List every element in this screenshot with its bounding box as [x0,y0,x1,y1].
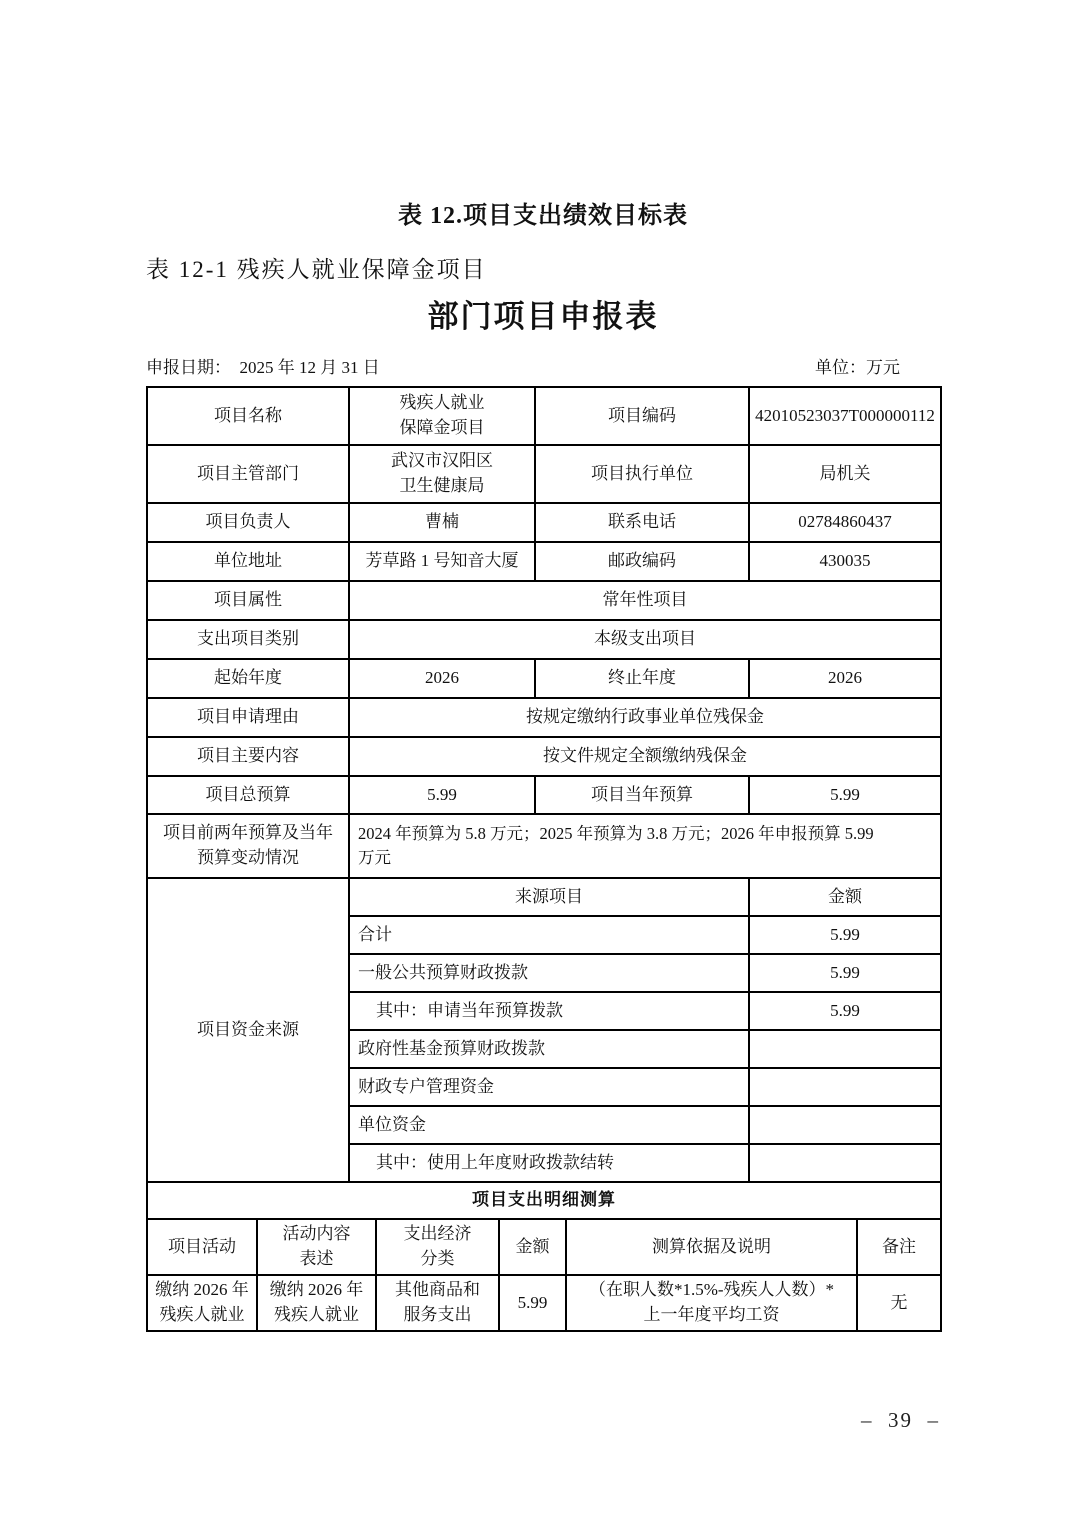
funding-row-label: 项目资金来源 [147,878,349,1182]
funding-header-row: 项目资金来源 来源项目 金额 [147,878,941,916]
table-row-budget-history: 项目前两年预算及当年 预算变动情况 2024 年预算为 5.8 万元；2025 … [147,814,941,878]
detail-cell-description: 缴纳 2026 年 残疾人就业 [257,1275,376,1331]
cell-label: 起始年度 [147,659,349,698]
detail-header-activity: 项目活动 [147,1219,257,1275]
cell-label: 项目前两年预算及当年 预算变动情况 [147,814,349,878]
detail-header-description: 活动内容 表述 [257,1219,376,1275]
cell-value-span: 按文件规定全额缴纳残保金 [349,737,941,776]
funding-amount: 5.99 [749,992,941,1030]
cell-label: 单位地址 [147,542,349,581]
cell-label: 联系电话 [535,503,749,542]
table-row-leader: 项目负责人 曹楠 联系电话 02784860437 [147,503,941,542]
cell-label: 项目总预算 [147,776,349,814]
detail-header-amount: 金额 [499,1219,566,1275]
cell-label: 终止年度 [535,659,749,698]
table-number-title: 表 12.项目支出绩效目标表 [146,0,940,231]
funding-source-name: 一般公共预算财政拨款 [349,954,749,992]
cell-label: 项目当年预算 [535,776,749,814]
table-row-reason: 项目申请理由 按规定缴纳行政事业单位残保金 [147,698,941,737]
cell-label: 项目名称 [147,387,349,445]
cell-label: 支出项目类别 [147,620,349,659]
funding-amount [749,1030,941,1068]
detail-header-basis: 测算依据及说明 [566,1219,857,1275]
table-row-address: 单位地址 芳草路 1 号知音大厦 邮政编码 430035 [147,542,941,581]
funding-col-amount-header: 金额 [749,878,941,916]
cell-value-span: 2024 年预算为 5.8 万元；2025 年预算为 3.8 万元；2026 年… [349,814,941,878]
cell-value-span: 本级支出项目 [349,620,941,659]
detail-header-economic-class: 支出经济 分类 [376,1219,499,1275]
cell-value: 2026 [349,659,535,698]
cell-label: 项目主要内容 [147,737,349,776]
funding-source-name: 其中：使用上年度财政拨款结转 [349,1144,749,1182]
detail-cell-economic-class: 其他商品和 服务支出 [376,1275,499,1331]
funding-amount [749,1068,941,1106]
cell-value: 430035 [749,542,941,581]
cell-value: 残疾人就业 保障金项目 [349,387,535,445]
detail-cell-remark: 无 [857,1275,941,1331]
funding-source-table: 项目资金来源 来源项目 金额 合计 5.99 一般公共预算财政拨款 5.99 其… [146,877,942,1183]
cell-value-span: 按规定缴纳行政事业单位残保金 [349,698,941,737]
expenditure-detail-table: 项目支出明细测算 项目活动 活动内容 表述 支出经济 分类 金额 测算依据及说明… [146,1181,942,1332]
cell-value: 02784860437 [749,503,941,542]
funding-source-name: 政府性基金预算财政拨款 [349,1030,749,1068]
table-row-category: 支出项目类别 本级支出项目 [147,620,941,659]
detail-header-remark: 备注 [857,1219,941,1275]
detail-header-row: 项目活动 活动内容 表述 支出经济 分类 金额 测算依据及说明 备注 [147,1219,941,1275]
funding-amount [749,1144,941,1182]
funding-col-source-header: 来源项目 [349,878,749,916]
detail-cell-amount: 5.99 [499,1275,566,1331]
cell-value-span: 常年性项目 [349,581,941,620]
table-row-main-content: 项目主要内容 按文件规定全额缴纳残保金 [147,737,941,776]
unit-label: 单位：万元 [815,358,940,378]
table-row-project-name: 项目名称 残疾人就业 保障金项目 项目编码 42010523037T000000… [147,387,941,445]
funding-amount: 5.99 [749,954,941,992]
cell-value: 2026 [749,659,941,698]
detail-band-title: 项目支出明细测算 [147,1182,941,1219]
cell-value: 局机关 [749,445,941,503]
funding-source-name: 单位资金 [349,1106,749,1144]
cell-value: 42010523037T000000112 [749,387,941,445]
funding-source-name: 合计 [349,916,749,954]
declare-date-label: 申报日期： 2025 年 12 月 31 日 [146,358,380,378]
table-row-department: 项目主管部门 武汉市汉阳区 卫生健康局 项目执行单位 局机关 [147,445,941,503]
funding-source-name: 财政专户管理资金 [349,1068,749,1106]
detail-cell-basis: （在职人数*1.5%-残疾人人数）* 上一年度平均工资 [566,1275,857,1331]
cell-label: 项目编码 [535,387,749,445]
detail-band-row: 项目支出明细测算 [147,1182,941,1219]
table-row-attribute: 项目属性 常年性项目 [147,581,941,620]
form-title: 部门项目申报表 [146,298,940,335]
cell-value: 芳草路 1 号知音大厦 [349,542,535,581]
cell-label: 项目属性 [147,581,349,620]
cell-label: 项目主管部门 [147,445,349,503]
project-info-table: 项目名称 残疾人就业 保障金项目 项目编码 42010523037T000000… [146,386,942,879]
funding-amount: 5.99 [749,916,941,954]
funding-amount [749,1106,941,1144]
cell-label: 项目负责人 [147,503,349,542]
page-content: 表 12.项目支出绩效目标表 表 12-1 残疾人就业保障金项目 部门项目申报表… [146,0,940,1332]
cell-value: 曹楠 [349,503,535,542]
table-row-years: 起始年度 2026 终止年度 2026 [147,659,941,698]
cell-label: 邮政编码 [535,542,749,581]
cell-label: 项目申请理由 [147,698,349,737]
detail-data-row: 缴纳 2026 年 残疾人就业 缴纳 2026 年 残疾人就业 其他商品和 服务… [147,1275,941,1331]
funding-source-name: 其中：申请当年预算拨款 [349,992,749,1030]
meta-line: 申报日期： 2025 年 12 月 31 日 单位：万元 [146,358,940,378]
cell-value: 武汉市汉阳区 卫生健康局 [349,445,535,503]
page-number: – 39 – [861,1408,940,1433]
cell-value: 5.99 [749,776,941,814]
cell-label: 项目执行单位 [535,445,749,503]
detail-cell-activity: 缴纳 2026 年 残疾人就业 [147,1275,257,1331]
cell-value: 5.99 [349,776,535,814]
table-row-budget: 项目总预算 5.99 项目当年预算 5.99 [147,776,941,814]
sub-table-title: 表 12-1 残疾人就业保障金项目 [146,256,940,284]
